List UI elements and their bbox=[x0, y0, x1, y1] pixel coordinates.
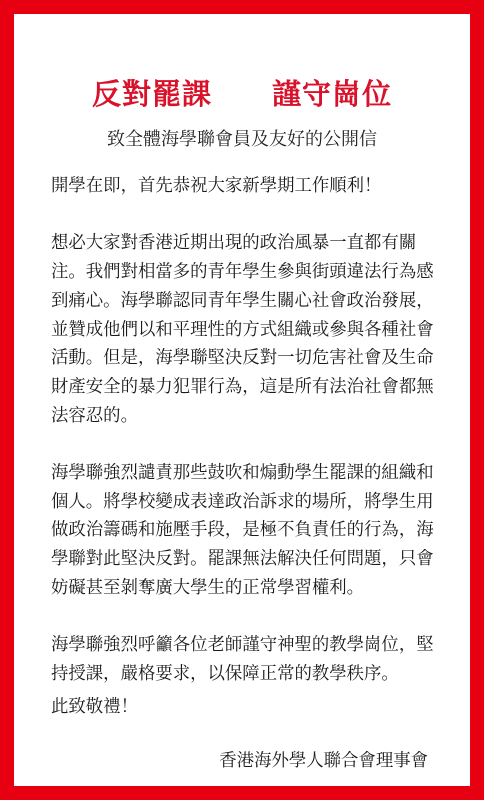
paragraph-line: 想必大家對香港近期出現的政治風暴一直都有關 bbox=[51, 229, 451, 258]
paragraph-line: 學聯對此堅決反對。罷課無法解決任何問題，只會 bbox=[51, 545, 451, 574]
paragraph-line: 妨礙甚至剝奪廣大學生的正常學習權利。 bbox=[51, 574, 451, 603]
paragraph-line: 個人。將學校變成表達政治訴求的場所，將學生用 bbox=[51, 488, 451, 517]
paragraph-line: 持授課，嚴格要求，以保障正常的教學秩序。 bbox=[51, 660, 451, 689]
paragraph-line: 到痛心。海學聯認同青年學生關心社會政治發展， bbox=[51, 287, 451, 316]
paragraph-stance: 想必大家對香港近期出現的政治風暴一直都有關 注。我們對相當多的青年學生參與街頭違… bbox=[51, 229, 451, 430]
paragraph-line: 海學聯強烈譴責那些鼓吹和煽動學生罷課的組織和 bbox=[51, 459, 451, 488]
paragraph-line: 並贊成他們以和平理性的方式組織或參與各種社會 bbox=[51, 316, 451, 345]
closing-salutation: 此致敬禮！ bbox=[51, 693, 138, 721]
paragraph-line: 注。我們對相當多的青年學生參與街頭違法行為感 bbox=[51, 258, 451, 287]
paragraph-line: 活動。但是，海學聯堅決反對一切危害社會及生命 bbox=[51, 344, 451, 373]
paragraph-greeting: 開學在即，首先恭祝大家新學期工作順利！ bbox=[51, 172, 451, 201]
paragraph-line: 開學在即，首先恭祝大家新學期工作順利！ bbox=[51, 172, 451, 201]
paragraph-line: 海學聯強烈呼籲各位老師謹守神聖的教學崗位，堅 bbox=[51, 631, 451, 660]
paragraph-condemnation: 海學聯強烈譴責那些鼓吹和煽動學生罷課的組織和 個人。將學校變成表達政治訴求的場所… bbox=[51, 459, 451, 603]
paragraph-line: 法容忍的。 bbox=[51, 402, 451, 431]
paragraph-line: 做政治籌碼和施壓手段，是極不負責任的行為，海 bbox=[51, 516, 451, 545]
signature: 香港海外學人聯合會理事會 bbox=[219, 747, 428, 775]
letter-body: 開學在即，首先恭祝大家新學期工作順利！ 想必大家對香港近期出現的政治風暴一直都有… bbox=[51, 172, 451, 717]
subtitle: 致全體海學聯會員及友好的公開信 bbox=[14, 127, 470, 153]
headline: 反對罷課 謹守崗位 bbox=[14, 74, 470, 114]
paragraph-line: 財產安全的暴力犯罪行為，這是所有法治社會都無 bbox=[51, 373, 451, 402]
paragraph-appeal: 海學聯強烈呼籲各位老師謹守神聖的教學崗位，堅 持授課，嚴格要求，以保障正常的教學… bbox=[51, 631, 451, 688]
letter-frame: 反對罷課 謹守崗位 致全體海學聯會員及友好的公開信 開學在即，首先恭祝大家新學期… bbox=[14, 14, 470, 786]
